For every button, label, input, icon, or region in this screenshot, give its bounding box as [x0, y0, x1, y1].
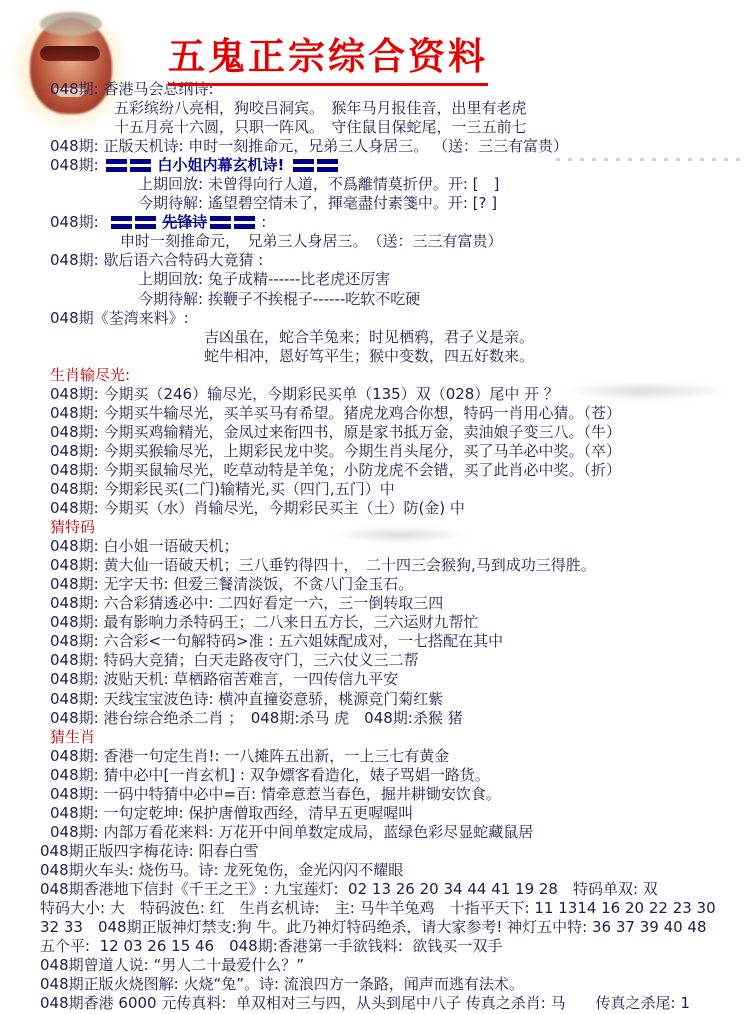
- text-line: 048期《荃湾来料》:: [0, 309, 744, 328]
- portrait-hair: [40, 12, 102, 36]
- section-header-zodiac-loss: 生肖输尽光:: [0, 366, 744, 385]
- text-line: 048期: 最有影响力杀特码王；二八来日五方长，三六运财九帮忙: [0, 613, 744, 632]
- text-line: 048期: 白小姐内幕玄机诗!: [0, 156, 744, 175]
- text-line: 048期: 一码中特猜中必中=百: 情牵意惹当春色，掘井耕锄安饮食。: [0, 785, 744, 804]
- text-line: 048期: 今期买猴输尽光，上期彩民龙中奖。今期生肖头尾分，买了马羊必中奖。（卒…: [0, 442, 744, 461]
- text-line: 048期: 特码大竞猜；白天走路夜守门，三六仗义三二帮: [0, 651, 744, 670]
- text-line: 特码大小: 大 特码波色: 红 生肖玄机诗: 主: 马牛羊兔鸡 十指平天下: 1…: [0, 899, 744, 918]
- text-line: 蛇牛相冲，恩好笃平生；猴中变数，四五好数来。: [0, 347, 744, 366]
- text-line: 048期: 波贴天机: 草栖路宿苦难言，一四传信九平安: [0, 670, 744, 689]
- text-line: 048期: 黄大仙一语破天机；三八垂钓得四十， 二十四三会猴狗,马到成功三得胜。: [0, 556, 744, 575]
- text-line: 申时一刻推命元， 兄弟三人身居三。 （送：三三有富贵）: [0, 232, 744, 251]
- text-line: 048期: 今期买（246）输尽光，今期彩民买单（135）双（028）尾中 开 …: [0, 385, 744, 404]
- text-line: 048期香港 6000 元传真料: 单双相对三与四，从头到尾中八子 传真之杀肖:…: [0, 994, 744, 1013]
- text-segment: :: [261, 213, 266, 231]
- text-line: 048期: 今期买鼠输尽光，吃草动特是羊兔；小防龙虎不会错，买了此肖必中奖。（折…: [0, 461, 744, 480]
- text-line: 048期正版四字梅花诗: 阳春白雪: [0, 842, 744, 861]
- page-title: 五鬼正宗综合资料: [168, 26, 488, 86]
- text-line: 五彩缤纷八亮相，狗咬吕洞宾。 猴年马月报佳音，出里有老虎: [0, 99, 744, 118]
- text-line: 048期: 天线宝宝波色诗: 横冲直撞姿意骄，桃源竞门菊红紫: [0, 690, 744, 709]
- text-line: 十五月亮十六圆，只职一阵风。 守住鼠目保蛇尾，一三五前七: [0, 118, 744, 137]
- text-line: 048期: 一句定乾坤: 保护唐僧取西经，清早五更喔喔叫: [0, 804, 744, 823]
- text-line: 今期待解: 遙望碧空情未了，揮毫盡付素箋中。开: [? ]: [0, 194, 744, 213]
- text-line: 048期: 六合彩猜透必中: 二四好看定一六，三一倒转取三四: [0, 594, 744, 613]
- lottery-info-page: 五鬼正宗综合资料 048期: 香港马会总纲诗:五彩缤纷八亮相，狗咬吕洞宾。 猴年…: [0, 0, 744, 1014]
- text-line: 048期曾道人说: “男人二十最爱什么？”: [0, 956, 744, 975]
- text-line: 048期: 今期彩民买(二门)输精光,买（四门,五门）中: [0, 480, 744, 499]
- text-line: 048期香港地下信封《千王之王》: 九宝莲灯: 02 13 26 20 34 4…: [0, 880, 744, 899]
- text-line: 048期火车头: 烧伤马。诗: 龙死兔伤，金光闪闪不耀眼: [0, 861, 744, 880]
- text-line: 上期回放: 兔子成精------比老虎还厉害: [0, 270, 744, 289]
- sunglasses-icon: [40, 46, 100, 61]
- text-line: 048期: 六合彩<一句解特码>准 : 五六姐妹配成对，一七搭配在其中: [0, 632, 744, 651]
- document-body: 048期: 香港马会总纲诗:五彩缤纷八亮相，狗咬吕洞宾。 猴年马月报佳音，出里有…: [0, 80, 744, 1013]
- text-line: 048期: 猜中必中[一肖玄机] : 双争嫖客看造化，婊子骂娼一路货。: [0, 766, 744, 785]
- text-line: 048期: 先锋诗:: [0, 213, 744, 232]
- text-line: 048期: 内部万看花来料: 万花开中间单数定成局，蓝绿色彩尽显蛇藏鼠居: [0, 823, 744, 842]
- text-line: 048期: 无字天书: 但爱三餐清淡饭，不贪八门金玉石。: [0, 575, 744, 594]
- text-line: 048期: 今期买牛输尽光，买羊买马有希望。猪虎龙鸡合你想，特码一肖用心猜。（苍…: [0, 404, 744, 423]
- text-line: 吉凶虽在，蛇合羊兔来；时见栖鸦，君子义是亲。: [0, 328, 744, 347]
- text-line: 048期: 白小姐一语破天机；: [0, 537, 744, 556]
- text-segment: 048期:: [50, 156, 103, 174]
- text-line: 上期回放: 未曾得向行人道，不爲離情莫折伊。开: [ ]: [0, 175, 744, 194]
- text-line: 048期: 香港一句定生肖!: 一八摊阵五出新，一上三七有黄金: [0, 747, 744, 766]
- text-line: 048期: 正版天机诗: 申时一刻推命元，兄弟三人身居三。 （送：三三有富贵）: [0, 137, 744, 156]
- text-line: 五个平: 12 03 26 15 46 048期:香港第一手欲钱料: 欲钱买一双…: [0, 937, 744, 956]
- text-line: 048期: 港台综合绝杀二肖 ； 048期:杀马 虎 048期:杀猴 猪: [0, 709, 744, 728]
- text-line: 今期待解: 挨鞭子不挨棍子------吃软不吃硬: [0, 290, 744, 309]
- text-line: 048期: 今期买鸡输精光，金凤过来衔四书，原是家书抵万金，卖油娘子变三八。（牛…: [0, 423, 744, 442]
- text-segment: 白小姐内幕玄机诗!: [157, 156, 289, 174]
- text-line: 048期正版火烧图解: 火烧“兔”。诗: 流浪四方一条路，闻声而逃有法术。: [0, 975, 744, 994]
- text-segment: 先锋诗: [162, 213, 207, 231]
- section-header-guess-zodiac: 猜生肖: [0, 728, 744, 747]
- text-segment: 048期:: [50, 213, 108, 231]
- section-header-guess-special: 猜特码: [0, 518, 744, 537]
- text-line: 048期: 今期买（水）肖输尽光，今期彩民买主（土）防(金) 中: [0, 499, 744, 518]
- text-line: 048期: 歇后语六合特码大竟猜 :: [0, 251, 744, 270]
- text-line: 32 33 048期正版神灯禁支:狗 牛。此乃神灯特码绝杀，请大家参考! 神灯五…: [0, 918, 744, 937]
